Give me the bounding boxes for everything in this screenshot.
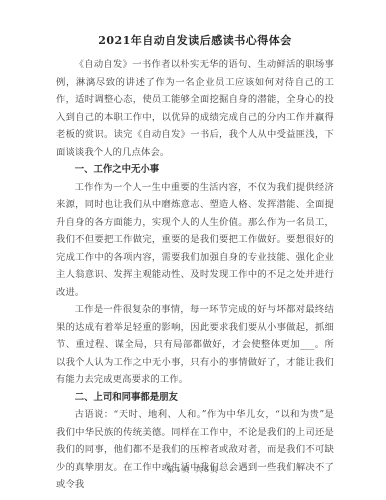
section-2-paragraph-1: 古语说：“天时、地利、人和。”作为中华儿女，“以和为贵”是我们中华民族的传统美德… — [56, 406, 334, 494]
section-2-heading: 二、上司和同事都是朋友 — [56, 389, 334, 407]
section-1-heading: 一、工作之中无小事 — [56, 161, 334, 179]
document-content: 2021年自动自发读后感读书心得体会 《自动自发》一书作者以朴实无华的语句、生动… — [0, 0, 386, 494]
section-1-paragraph-1: 工作作为一个人一生中重要的生活内容，不仅为我们提供经济来源，同时也让我们从中磨炼… — [56, 179, 334, 302]
page-title: 2021年自动自发读后感读书心得体会 — [56, 33, 334, 49]
page-number: 第1页 共6页 — [0, 464, 386, 475]
document-page: 2021年自动自发读后感读书心得体会 《自动自发》一书作者以朴实无华的语句、生动… — [0, 0, 386, 500]
section-1-paragraph-2: 工作是一件很复杂的事情，每一环节完成的好与坏都对最终结果的达成有着举足轻重的影响… — [56, 301, 334, 389]
intro-paragraph: 《自动自发》一书作者以朴实无华的语句、生动鲜活的职场事例，淋漓尽致的讲述了作为一… — [56, 56, 334, 161]
